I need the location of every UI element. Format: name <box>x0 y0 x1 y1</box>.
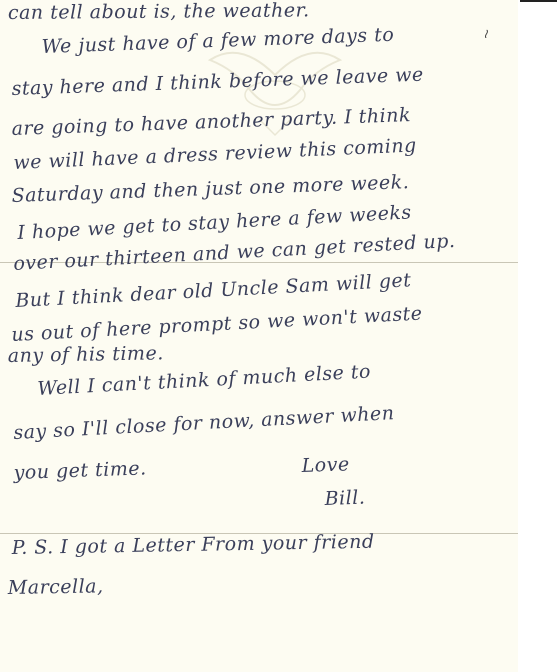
postscript-line-2: Marcella, <box>8 575 104 599</box>
letter-line-5: we will have a dress review this coming <box>13 134 417 174</box>
scan-edge-mark <box>520 0 557 2</box>
letter-line-13: say so I'll close for now, answer when <box>13 402 395 444</box>
letter-closing: Love <box>301 453 350 477</box>
letter-line-12: Well I can't think of much else to <box>37 361 372 400</box>
letter-line-11: any of his time. <box>8 342 164 367</box>
letter-line-1: can tell about is, the weather. <box>8 0 310 24</box>
letter-line-14: you get time. <box>13 457 147 484</box>
stray-ink-mark: ≀ <box>483 27 488 42</box>
letter-line-6: Saturday and then just one more week. <box>11 171 409 207</box>
postscript-line-1: P. S. I got a Letter From your friend <box>12 531 375 559</box>
letter-paper: can tell about is, the weather. We just … <box>0 0 518 672</box>
letter-signature: Bill. <box>324 487 365 510</box>
